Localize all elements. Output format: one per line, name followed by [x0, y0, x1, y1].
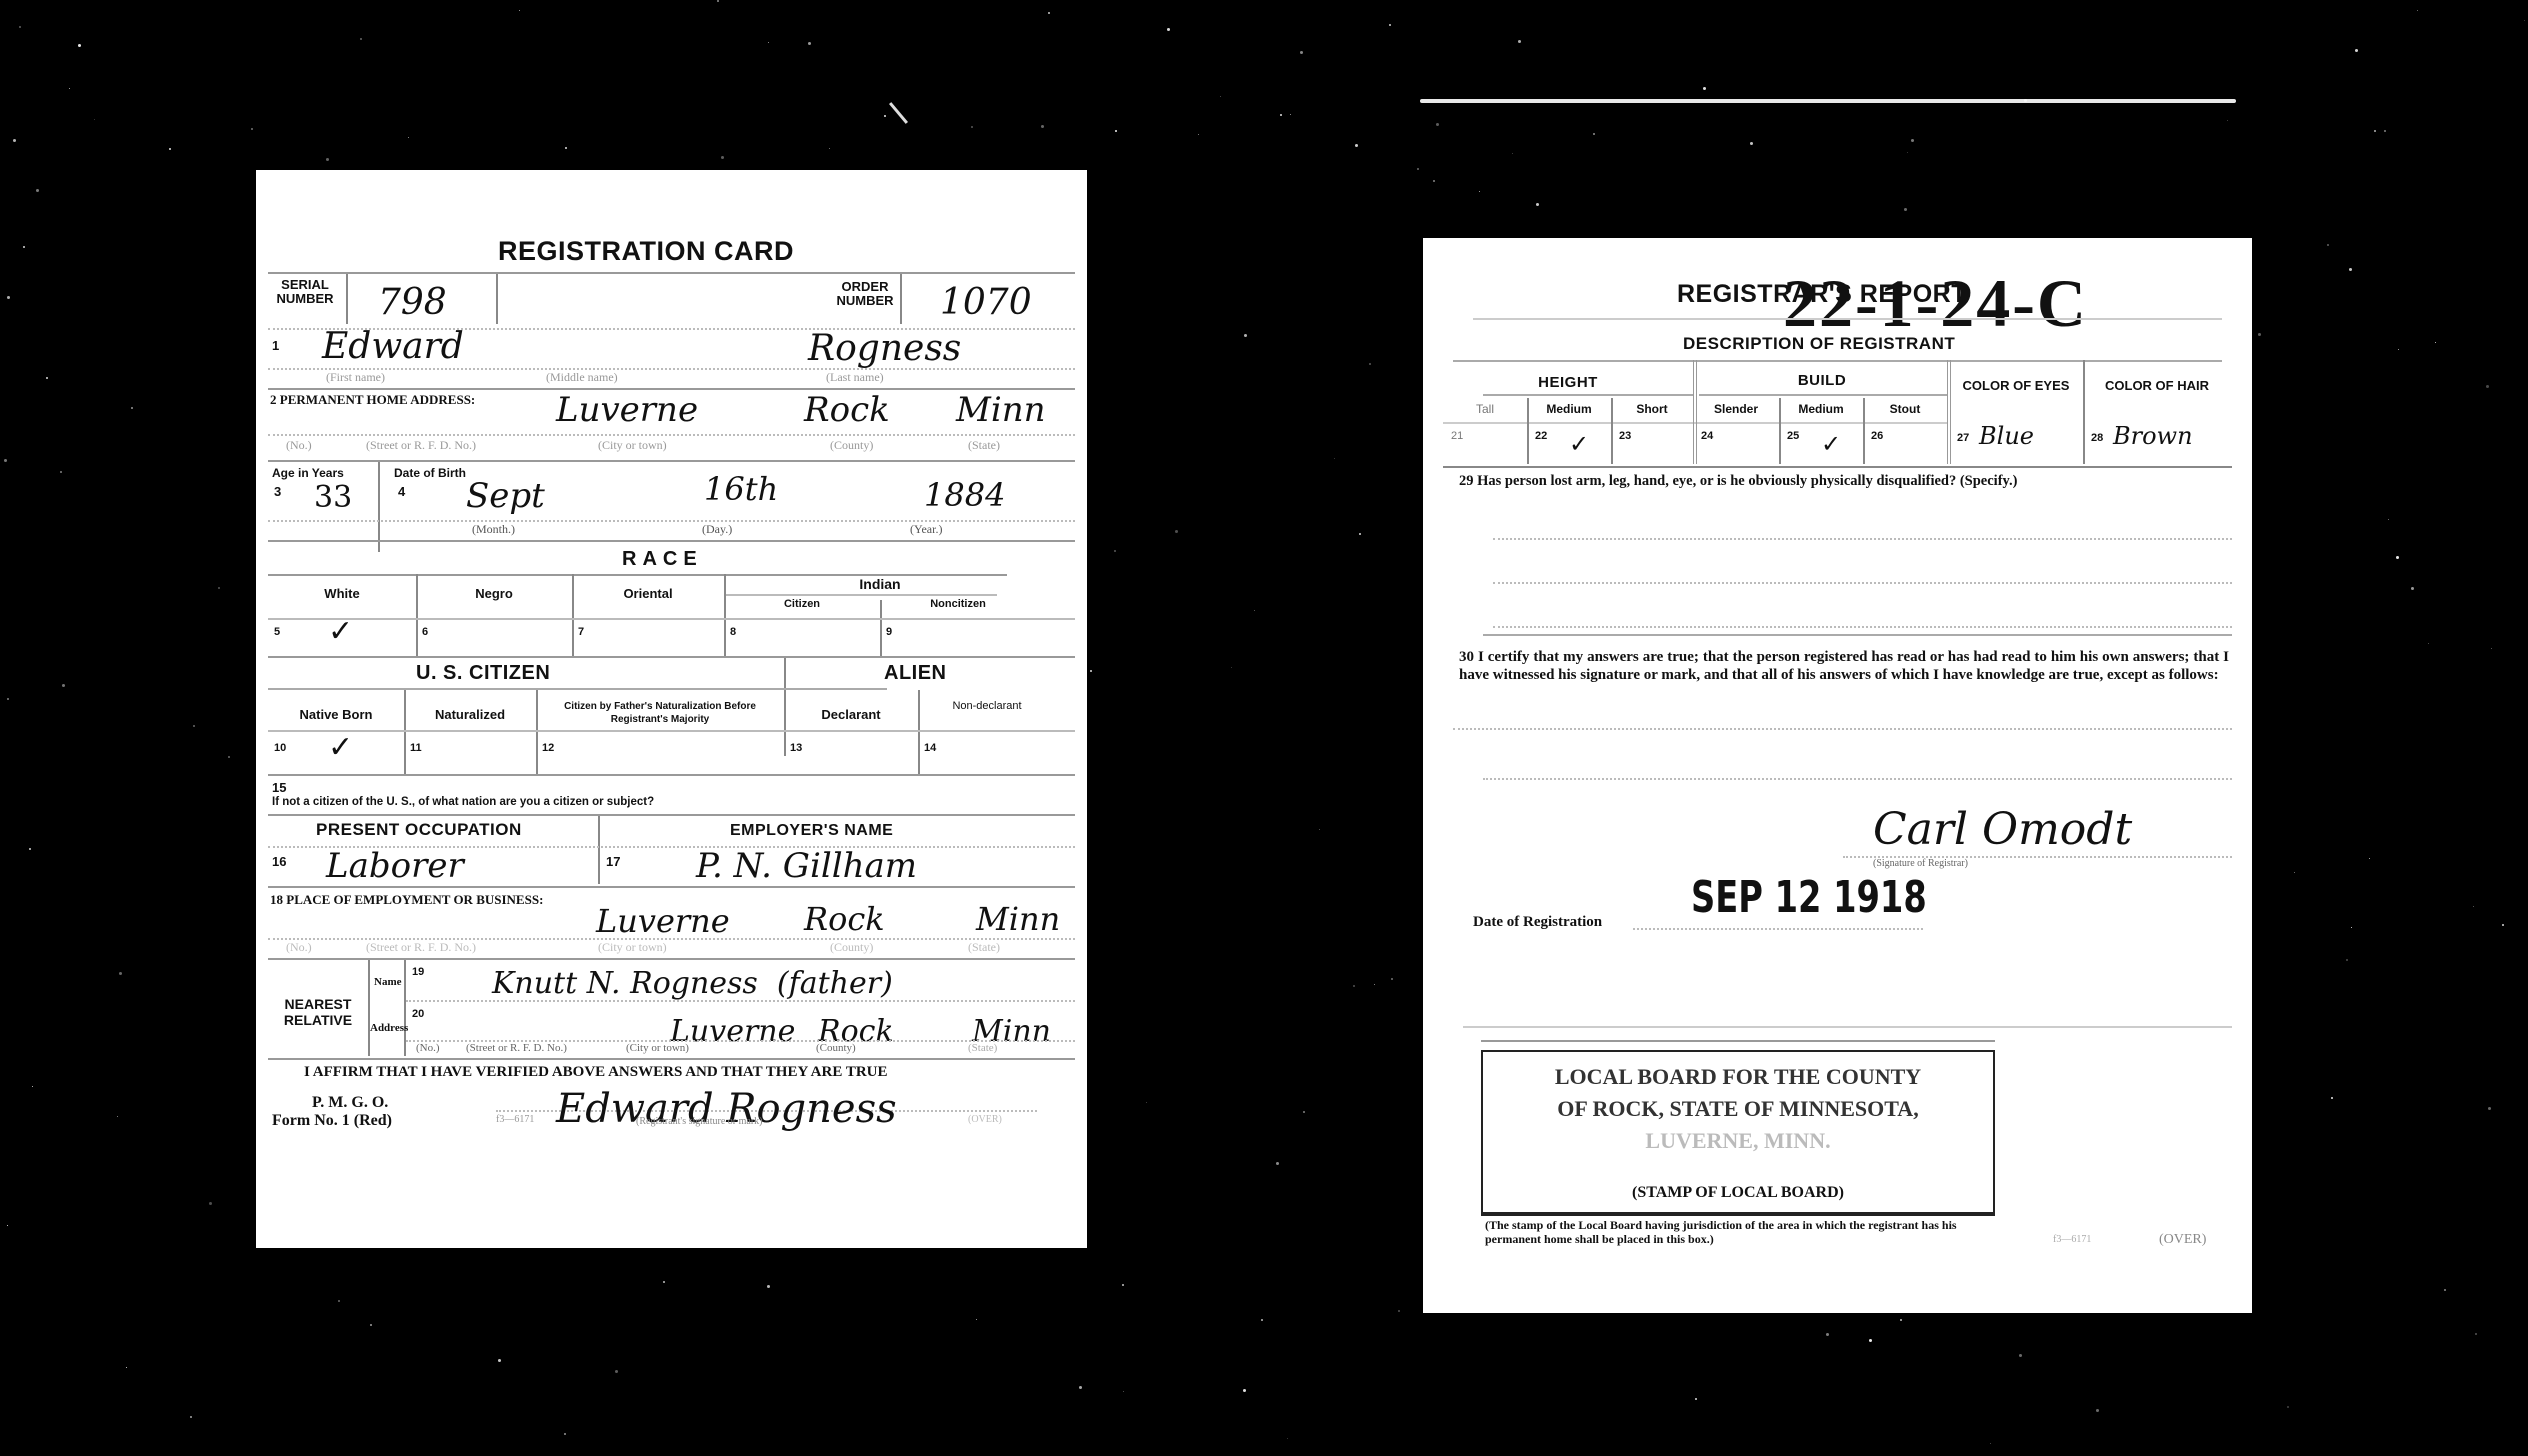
noise-speck: [78, 44, 81, 47]
field-number: 4: [398, 484, 405, 499]
employment-city: Luverne: [596, 902, 730, 940]
citizenship-column-label: Declarant: [784, 708, 918, 721]
noise-speck: [884, 115, 886, 117]
card-title: REGISTRATION CARD: [498, 236, 794, 267]
noise-speck: [32, 1086, 33, 1087]
race-column-label: Noncitizen: [880, 598, 1036, 610]
noise-speck: [126, 1367, 127, 1368]
noise-speck: [29, 848, 31, 850]
table-divider: [1779, 398, 1781, 464]
field-number: 6: [422, 626, 428, 638]
noise-speck: [1907, 152, 1908, 153]
noise-speck: [1220, 96, 1221, 97]
noise-speck: [2388, 519, 2389, 520]
description-column-label: Tall: [1443, 402, 1527, 416]
caption: (Year.): [910, 522, 942, 537]
order-number-value: 1070: [940, 282, 1032, 323]
eyes-title: COLOR OF EYES: [1951, 378, 2081, 393]
noise-speck: [1114, 550, 1116, 552]
relative-name-label: Name: [374, 976, 402, 988]
table-divider: [536, 690, 538, 774]
caption: (City or town): [598, 438, 667, 453]
caption: (State): [968, 1042, 997, 1054]
race-column-label: Citizen: [724, 598, 880, 610]
noise-speck: [1254, 610, 1255, 611]
over-note: (OVER): [2159, 1232, 2206, 1248]
print-code: f3—6171: [496, 1114, 534, 1125]
noise-speck: [94, 119, 95, 120]
noise-speck: [1900, 1319, 1902, 1321]
noise-speck: [1261, 1319, 1263, 1321]
caption: (Last name): [826, 370, 884, 385]
field-number: 27: [1957, 432, 1969, 444]
occupation-label: PRESENT OCCUPATION: [316, 820, 522, 840]
noise-speck: [1122, 1284, 1124, 1286]
noise-speck: [2294, 872, 2295, 873]
description-subtitle: DESCRIPTION OF REGISTRANT: [1683, 334, 1955, 354]
field-number: 3: [274, 484, 281, 499]
noise-speck: [2019, 1354, 2022, 1357]
noise-speck: [808, 42, 811, 45]
noise-speck: [1353, 985, 1355, 987]
birth-year: 1884: [924, 476, 1005, 514]
noise-speck: [2398, 349, 2399, 350]
stamp-note: (The stamp of the Local Board having jur…: [1485, 1218, 1995, 1246]
noise-speck: [2411, 587, 2414, 590]
registrar-signature: Carl Omodt: [1873, 804, 2132, 855]
table-divider: [2083, 360, 2085, 464]
caption: (City or town): [626, 1042, 689, 1054]
noise-speck: [408, 137, 409, 138]
noise-speck: [7, 1225, 8, 1226]
caption: (First name): [326, 370, 385, 385]
hair-color-value: Brown: [2113, 422, 2193, 450]
first-name: Edward: [322, 326, 464, 367]
description-column-label: Medium: [1779, 402, 1863, 416]
noise-speck: [1355, 144, 1358, 147]
field-number: 13: [790, 742, 802, 754]
file-stamp: 22-1-24-C: [1783, 264, 2088, 343]
check-mark: ✓: [1821, 430, 1841, 458]
noise-speck: [2327, 244, 2329, 246]
noise-speck: [1369, 363, 1371, 365]
table-divider: [1611, 398, 1613, 464]
noise-speck: [190, 1416, 192, 1418]
noise-speck: [2502, 924, 2504, 926]
caption: (Month.): [472, 522, 515, 537]
table-divider: [416, 574, 418, 656]
caption: (County): [816, 1042, 856, 1054]
noise-speck: [169, 148, 171, 150]
noise-speck: [768, 42, 769, 43]
noise-speck: [2486, 385, 2489, 388]
noise-speck: [2444, 1289, 2446, 1291]
stamp-caption: (STAMP OF LOCAL BOARD): [1483, 1184, 1993, 1202]
noise-speck: [326, 158, 329, 161]
description-column-label: Medium: [1527, 402, 1611, 416]
field-number: 12: [542, 742, 554, 754]
serial-number-label: SERIAL NUMBER: [270, 278, 340, 306]
employment-county: Rock: [804, 900, 885, 938]
noise-speck: [2349, 268, 2352, 271]
field-number: 26: [1871, 430, 1883, 442]
field-number: 7: [578, 626, 584, 638]
noise-speck: [193, 725, 195, 727]
description-column-label: Short: [1611, 402, 1693, 416]
noise-speck: [615, 1370, 618, 1373]
race-column-label: Oriental: [572, 586, 724, 601]
citizenship-column-label: Naturalized: [404, 708, 536, 721]
caption: (State): [968, 940, 1000, 955]
noise-speck: [1391, 978, 1393, 980]
employer-value: P. N. Gillham: [696, 846, 917, 886]
age-value: 33: [314, 480, 352, 515]
noise-speck: [2355, 49, 2358, 52]
noise-speck: [1175, 530, 1178, 533]
hair-title: COLOR OF HAIR: [2087, 378, 2227, 393]
noise-speck: [498, 1359, 501, 1362]
noise-speck: [1115, 130, 1117, 132]
noise-speck: [1479, 191, 1480, 192]
noise-speck: [2524, 20, 2525, 21]
noise-speck: [36, 189, 39, 192]
noise-speck: [2396, 556, 2399, 559]
noise-speck: [131, 407, 133, 409]
noise-speck: [663, 1281, 665, 1283]
noise-speck: [1244, 334, 1247, 337]
noise-speck: [1359, 533, 1361, 535]
noise-speck: [1041, 125, 1044, 128]
stamp-line-1: LOCAL BOARD FOR THE COUNTY: [1483, 1064, 1993, 1090]
noise-speck: [1512, 153, 1513, 154]
caption: (Street or R. F. D. No.): [366, 940, 476, 955]
citizenship-column-label: Citizen by Father's Naturalization Befor…: [536, 700, 784, 726]
table-rule: [268, 730, 1075, 732]
registrar-caption: (Signature of Registrar): [1873, 858, 1968, 869]
table-divider: [1527, 398, 1529, 464]
noise-speck: [717, 0, 719, 2]
field-number: 8: [730, 626, 736, 638]
noise-speck: [1518, 40, 1521, 43]
noise-speck: [1287, 1438, 1288, 1439]
noise-speck: [2227, 120, 2228, 121]
noise-speck: [23, 246, 25, 248]
noise-speck: [1300, 51, 1303, 54]
noise-speck: [1869, 1339, 1872, 1342]
noise-speck: [1090, 670, 1092, 672]
table-divider: [1947, 360, 1951, 464]
noise-speck: [1417, 168, 1419, 170]
noise-speck: [1303, 1111, 1305, 1113]
noise-speck: [209, 1202, 212, 1205]
noise-speck: [2435, 342, 2436, 343]
noise-speck: [2369, 858, 2370, 859]
table-rule: [1483, 394, 1693, 396]
description-column-label: Slender: [1693, 402, 1779, 416]
last-name: Rogness: [808, 328, 961, 369]
birth-month: Sept: [466, 476, 545, 516]
noise-speck: [1990, 1443, 1991, 1444]
noise-speck: [2417, 10, 2418, 11]
noise-speck: [370, 1324, 372, 1326]
occupation-value: Laborer: [326, 846, 464, 886]
noise-speck: [721, 156, 724, 159]
us-citizen-title: U. S. CITIZEN: [416, 662, 550, 685]
field-number: 20: [412, 1008, 424, 1020]
employment-place-label: 18 PLACE OF EMPLOYMENT OR BUSINESS:: [270, 892, 543, 908]
noise-speck: [1276, 1162, 1279, 1165]
caption: (Day.): [702, 522, 732, 537]
field-number: 25: [1787, 430, 1799, 442]
noise-speck: [1433, 180, 1435, 182]
form-number: Form No. 1 (Red): [272, 1112, 392, 1130]
noise-speck: [69, 88, 70, 89]
table-divider: [1863, 398, 1865, 464]
noise-speck: [1319, 829, 1320, 830]
film-edge-line: [1420, 99, 2236, 103]
registration-card-front: REGISTRATION CARD SERIAL NUMBER 798 ORDE…: [256, 170, 1087, 1248]
alien-title: ALIEN: [884, 662, 947, 685]
table-divider: [1693, 360, 1697, 464]
caption: (County): [830, 438, 873, 453]
noise-speck: [1334, 458, 1335, 459]
indian-label: Indian: [724, 576, 1036, 592]
noise-speck: [2331, 1097, 2333, 1099]
noise-speck: [2024, 99, 2027, 102]
noise-speck: [1280, 114, 1282, 116]
caption: (State): [968, 438, 1000, 453]
nearest-relative-label: NEAREST RELATIVE: [270, 996, 366, 1028]
registrars-report-back: REGISTRAR'S REPORT 22-1-24-C DESCRIPTION…: [1423, 238, 2252, 1313]
noise-speck: [218, 587, 220, 589]
table-divider: [880, 600, 882, 656]
table-divider: [404, 690, 406, 774]
noise-speck: [2473, 906, 2474, 907]
noise-speck: [117, 1116, 118, 1117]
noise-speck: [829, 148, 830, 149]
noise-speck: [1123, 1391, 1124, 1392]
caption: (No.): [286, 940, 312, 955]
print-code: f3—6171: [2053, 1234, 2091, 1245]
noise-speck: [46, 377, 48, 379]
check-mark: ✓: [1569, 430, 1589, 458]
noise-speck: [519, 10, 520, 11]
field-number: 1: [272, 338, 279, 353]
noise-speck: [2287, 1406, 2289, 1408]
stamp-line-2: OF ROCK, STATE OF MINNESOTA,: [1483, 1096, 1993, 1122]
home-state: Minn: [956, 390, 1045, 430]
noise-speck: [13, 139, 16, 142]
nation-question: If not a citizen of the U. S., of what n…: [272, 796, 654, 808]
noise-speck: [1536, 203, 1539, 206]
caption: (County): [830, 940, 873, 955]
date-registration-label: Date of Registration: [1473, 914, 1602, 931]
stamp-line-3: LUVERNE, MINN.: [1483, 1128, 1993, 1154]
noise-speck: [2351, 927, 2352, 928]
field-number: 5: [274, 626, 280, 638]
noise-speck: [1290, 114, 1291, 115]
noise-speck: [2374, 130, 2376, 132]
check-mark: ✓: [328, 730, 353, 765]
noise-speck: [2346, 959, 2348, 961]
noise-speck: [60, 471, 62, 473]
affirmation-text: I AFFIRM THAT I HAVE VERIFIED ABOVE ANSW…: [304, 1064, 888, 1081]
build-title: BUILD: [1697, 372, 1947, 389]
caption: (Street or R. F. D. No.): [466, 1042, 567, 1054]
relative-address-label: Address: [370, 1022, 408, 1034]
noise-speck: [1079, 1386, 1082, 1389]
signature-caption: (Registrant's signature or mark): [636, 1116, 763, 1127]
caption: (Middle name): [546, 370, 618, 385]
noise-speck: [251, 128, 253, 130]
field-number: 10: [274, 742, 286, 754]
noise-speck: [2475, 1333, 2477, 1335]
home-county: Rock: [804, 390, 890, 430]
noise-speck: [1146, 1102, 1147, 1103]
field-number: 22: [1535, 430, 1547, 442]
noise-speck: [2428, 643, 2429, 644]
over-note: (OVER): [968, 1114, 1002, 1125]
noise-speck: [7, 698, 9, 700]
field-number: 28: [2091, 432, 2103, 444]
noise-speck: [2384, 130, 2386, 132]
table-rule: [1699, 394, 1947, 396]
field-number: 21: [1451, 430, 1463, 442]
dob-label: Date of Birth: [394, 466, 466, 480]
table-divider: [918, 690, 920, 774]
noise-speck: [2491, 648, 2492, 649]
noise-speck: [976, 1319, 977, 1320]
field-number: 14: [924, 742, 936, 754]
field-number: 19: [412, 966, 424, 978]
noise-speck: [1374, 984, 1375, 985]
noise-speck: [971, 126, 973, 128]
question-30: 30 I certify that my answers are true; t…: [1459, 648, 2229, 684]
noise-speck: [1695, 1398, 1697, 1400]
noise-speck: [1911, 139, 1914, 142]
noise-speck: [1703, 87, 1706, 90]
noise-speck: [1243, 1389, 1246, 1392]
table-rule: [268, 618, 1075, 620]
noise-speck: [2488, 1107, 2491, 1110]
field-number: 24: [1701, 430, 1713, 442]
caption: (No.): [286, 438, 312, 453]
caption: (Street or R. F. D. No.): [366, 438, 476, 453]
noise-speck: [228, 756, 230, 758]
noise-speck: [1826, 1333, 1829, 1336]
noise-speck: [1398, 1310, 1400, 1312]
noise-speck: [7, 296, 10, 299]
table-rule: [726, 594, 997, 596]
race-title: RACE: [622, 548, 703, 571]
noise-speck: [767, 1285, 770, 1288]
film-scratch: [889, 102, 908, 124]
caption: (City or town): [598, 940, 667, 955]
age-label: Age in Years: [272, 466, 344, 480]
relative-name-value: Knutt N. Rogness (father): [492, 966, 893, 1001]
field-number: 9: [886, 626, 892, 638]
citizenship-column-label: Native Born: [268, 708, 404, 721]
field-number: 11: [410, 742, 422, 754]
local-board-stamp-box: LOCAL BOARD FOR THE COUNTY OF ROCK, STAT…: [1481, 1050, 1995, 1216]
noise-speck: [1167, 28, 1170, 31]
eye-color-value: Blue: [1979, 422, 2034, 450]
citizenship-column-label: Non-declarant: [918, 700, 1056, 713]
home-city: Luverne: [556, 390, 698, 430]
noise-speck: [4, 459, 7, 462]
noise-speck: [360, 38, 362, 40]
serial-number-value: 798: [378, 282, 447, 323]
question-29: 29 Has person lost arm, leg, hand, eye, …: [1459, 472, 2229, 490]
noise-speck: [119, 972, 122, 975]
noise-speck: [2258, 333, 2261, 336]
height-title: HEIGHT: [1443, 374, 1693, 391]
description-column-label: Stout: [1863, 402, 1947, 416]
noise-speck: [1231, 667, 1232, 668]
noise-speck: [1198, 134, 1199, 135]
field-number: 15: [272, 780, 286, 795]
race-column-label: White: [268, 586, 416, 601]
noise-speck: [338, 1300, 340, 1302]
noise-speck: [1750, 142, 1753, 145]
field-number: 17: [606, 854, 620, 869]
table-rule: [268, 688, 887, 690]
order-number-label: ORDER NUMBER: [834, 280, 896, 308]
noise-speck: [1048, 12, 1050, 14]
noise-speck: [1389, 24, 1391, 26]
birth-day: 16th: [704, 470, 778, 508]
noise-speck: [62, 684, 65, 687]
noise-speck: [565, 147, 567, 149]
form-id: P. M. G. O.: [312, 1094, 388, 1112]
noise-speck: [1904, 208, 1907, 211]
race-column-label: Negro: [416, 586, 572, 601]
employer-label: EMPLOYER'S NAME: [730, 822, 893, 840]
noise-speck: [1436, 123, 1439, 126]
field-number: 16: [272, 854, 286, 869]
table-divider: [572, 574, 574, 656]
caption: (No.): [416, 1042, 440, 1054]
field-number: 23: [1619, 430, 1631, 442]
noise-speck: [2096, 1409, 2099, 1412]
date-registration-stamp: SEP 12 1918: [1691, 872, 1927, 923]
noise-speck: [19, 26, 21, 28]
home-address-label: 2 PERMANENT HOME ADDRESS:: [270, 392, 475, 408]
employment-state: Minn: [976, 900, 1060, 938]
noise-speck: [1593, 133, 1595, 135]
noise-speck: [564, 1433, 566, 1435]
